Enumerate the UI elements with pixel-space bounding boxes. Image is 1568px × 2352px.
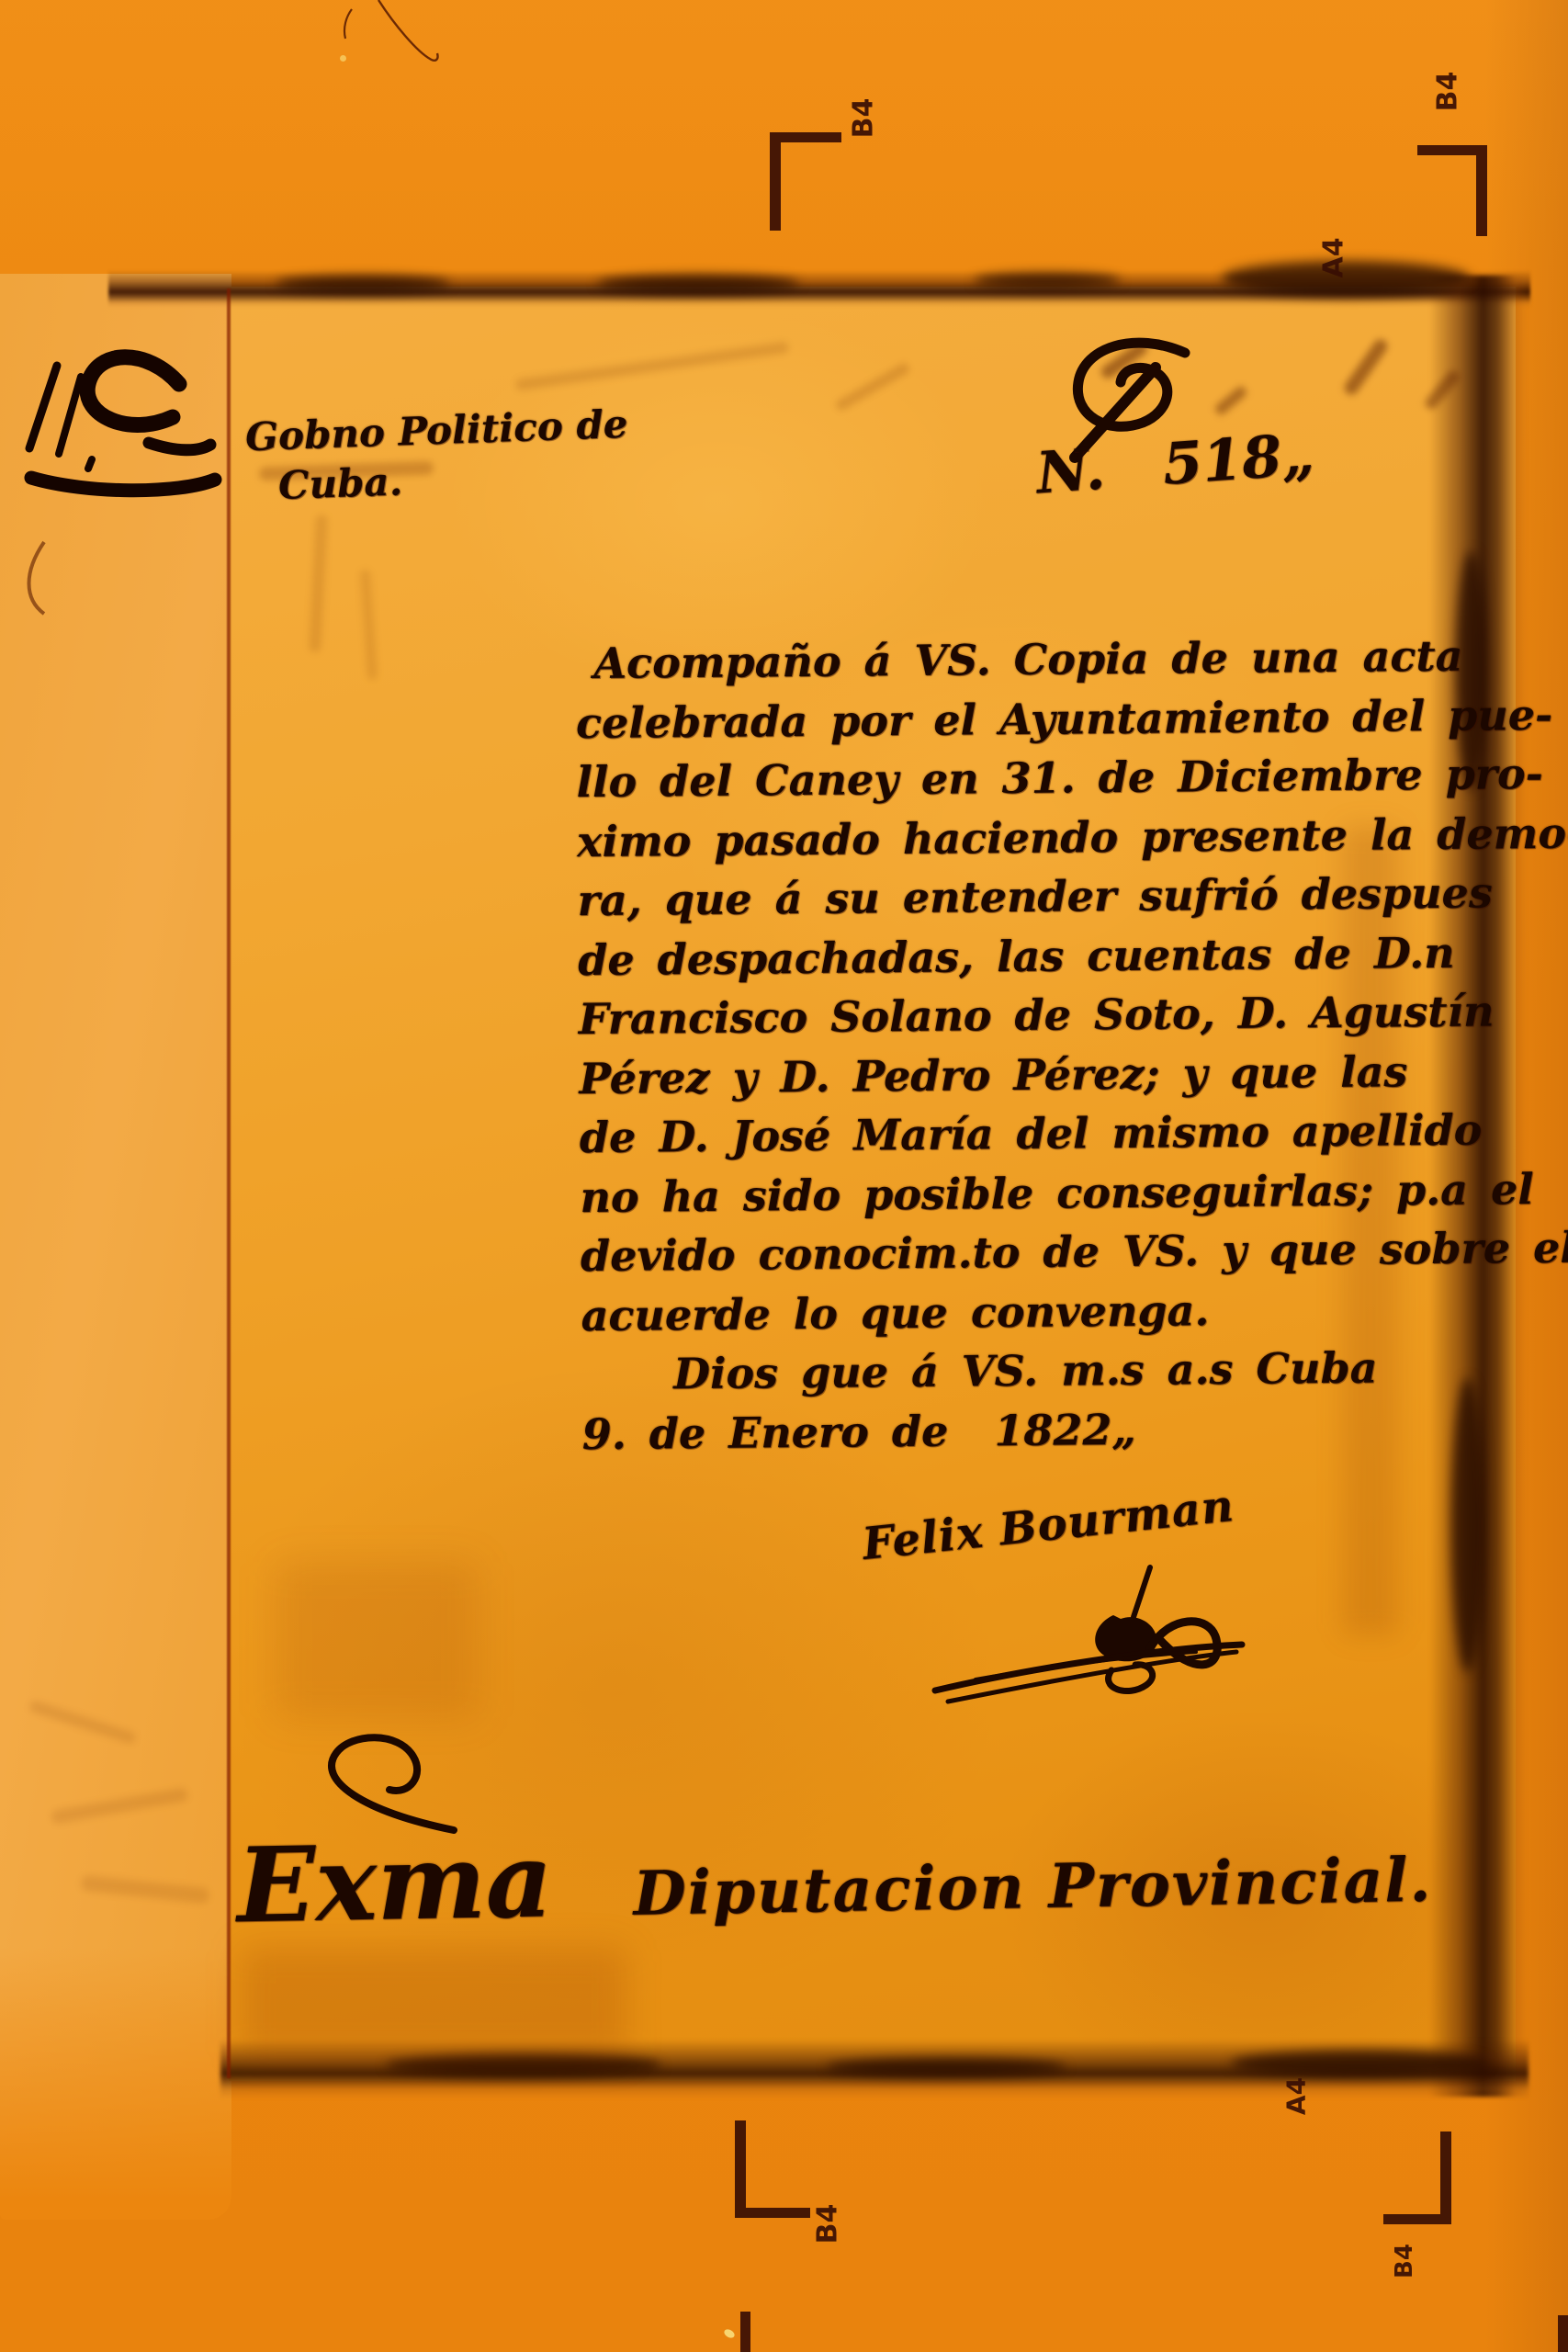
crop-mark-top-icon (770, 132, 841, 231)
letter-body: Acompaño á VS. Copia de una acta celebra… (575, 627, 1455, 1464)
addressee-word: Exma (236, 1820, 553, 1946)
letter-line: 9. de Enero de 1822„ (581, 1396, 1455, 1464)
frame-label-a4: A4 (1318, 238, 1350, 278)
burn-blot (1231, 2051, 1488, 2076)
dust-speck (340, 55, 346, 62)
letter-line: Pérez y D. Pedro Pérez; y que las (579, 1041, 1452, 1108)
crop-mark-right-top-icon (1417, 145, 1487, 236)
crop-mark-bottom-right-icon (1383, 2131, 1451, 2224)
archival-photo: Gobno Politico de Cuba. N. 518„ Acompaño… (0, 0, 1568, 2352)
frame-label-b4: B4 (1391, 2241, 1418, 2281)
addressee-word: Diputacion Provincial. (633, 1844, 1433, 1929)
letter-line: no ha sido posible conseguirlas; p.a el (580, 1159, 1453, 1227)
letter-line: llo del Caney en 31. de Diciembre pro- (576, 745, 1450, 812)
crop-mark-bottom-center-icon (735, 2120, 810, 2218)
addressee-title: Exma Diputacion Provincial. (236, 1805, 1433, 1947)
burn-blot (1451, 1378, 1484, 1672)
letter-line: devido conocim.to de VS. y que sobre ell… (581, 1219, 1454, 1286)
letter-line: de D. José María del mismo apellido (580, 1101, 1453, 1168)
letter-line: celebrada por el Ayuntamiento del pue- (576, 685, 1450, 752)
crop-mark-partial-icon (1558, 2315, 1568, 2352)
page-left-edge (227, 288, 231, 2078)
letter-line: acuerde lo que convenga. (581, 1278, 1454, 1345)
letter-line: ra, que á su entender sufrió despues (577, 864, 1450, 931)
frame-label-b4: B4 (1432, 72, 1464, 112)
crop-mark-partial-icon (740, 2312, 750, 2352)
letter-line: Dios gue á VS. m.s a.s Cuba (581, 1338, 1455, 1405)
margin-scribble-icon (0, 340, 225, 616)
burn-blot (827, 2058, 1066, 2076)
age-stain (276, 1562, 478, 1718)
age-stain (241, 1948, 626, 2058)
burn-blot (597, 275, 799, 293)
signature-rubric-icon (919, 1560, 1258, 1721)
dust-speck (723, 2328, 736, 2340)
letter-line: Acompaño á VS. Copia de una acta (575, 627, 1449, 694)
letter-line: de despachadas, las cuentas de D.n (578, 922, 1451, 989)
frame-label-b4: B4 (848, 98, 880, 139)
letterhead: Gobno Politico de Cuba. (244, 400, 630, 512)
letter-line: ximo pasado haciendo presente la demo- (577, 804, 1450, 871)
letter-line: Francisco Solano de Soto, D. Agustín (578, 982, 1451, 1049)
footer-flourish-icon (309, 1727, 465, 1837)
film-scratch-icon (331, 0, 459, 83)
frame-label-b4: B4 (812, 2204, 844, 2245)
burn-blot (974, 273, 1121, 288)
frame-label-a4: A4 (1281, 2076, 1312, 2117)
burn-blot (276, 276, 450, 292)
